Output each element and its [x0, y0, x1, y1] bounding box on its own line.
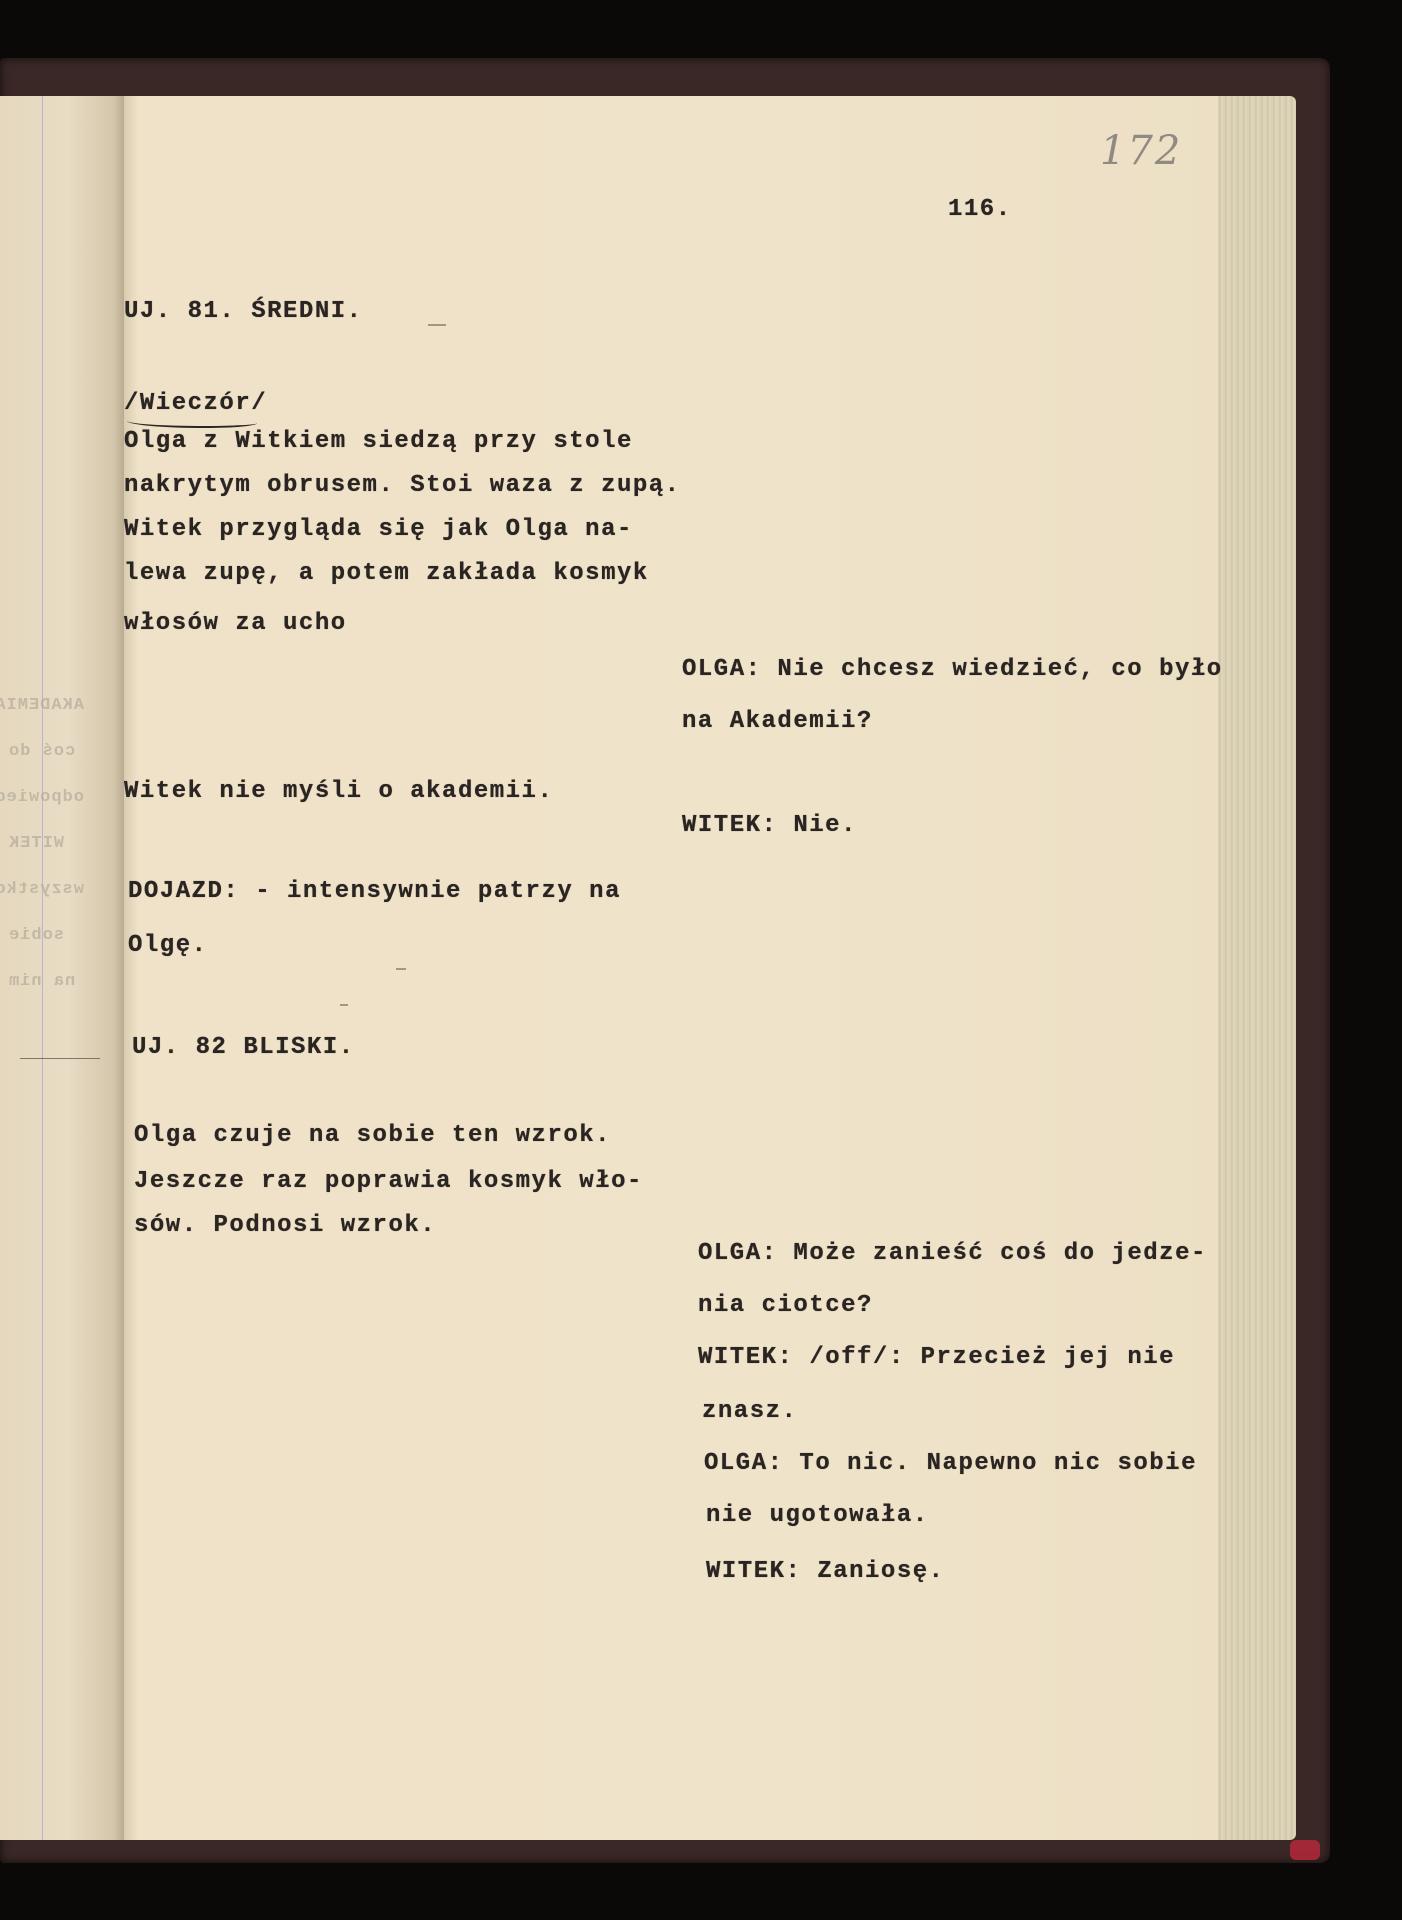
description-line: Jeszcze raz poprawia kosmyk wło-: [134, 1168, 643, 1195]
dialogue-line: znasz.: [702, 1398, 797, 1425]
dialogue-line: OLGA: Nie chcesz wiedzieć, co było: [682, 656, 1223, 683]
dialogue-line: OLGA: Może zanieść coś do jedze-: [698, 1240, 1207, 1267]
page-edges: [1218, 96, 1296, 1840]
bleed-through-text: sobie: [8, 926, 84, 945]
stray-mark: [396, 968, 406, 970]
stray-mark: [20, 1058, 100, 1059]
dialogue-line: WITEK: /off/: Przecież jej nie: [698, 1344, 1175, 1371]
bleed-through-text: odpowiedz: [8, 788, 84, 807]
cover-corner-wear: [1290, 1840, 1320, 1860]
bleed-through-text: AKADEMIA: [8, 696, 84, 715]
action-line: Witek nie myśli o akademii.: [124, 778, 553, 805]
bleed-through-text: na nim: [8, 972, 84, 991]
dialogue-line: WITEK: Zaniosę.: [706, 1558, 945, 1585]
time-of-day: /Wieczór/: [124, 390, 267, 417]
bleed-through-text: wszystko: [8, 880, 84, 899]
camera-move-line: Olgę.: [128, 932, 208, 959]
shot-heading: UJ. 82 BLISKI.: [132, 1034, 355, 1061]
description-line: Witek przygląda się jak Olga na-: [124, 516, 633, 543]
description-line: włosów za ucho: [124, 610, 347, 637]
bleed-through-text: coś do: [8, 742, 84, 761]
dialogue-line: na Akademii?: [682, 708, 873, 735]
camera-move-line: DOJAZD: - intensywnie patrzy na: [128, 878, 621, 905]
description-line: sów. Podnosi wzrok.: [134, 1212, 436, 1239]
stray-mark: [340, 1004, 348, 1006]
dialogue-line: WITEK: Nie.: [682, 812, 857, 839]
right-page: [124, 96, 1240, 1840]
description-line: Olga z Witkiem siedzą przy stole: [124, 428, 633, 455]
shot-heading: UJ. 81. ŚREDNI.: [124, 298, 363, 325]
dialogue-line: nie ugotowała.: [706, 1502, 929, 1529]
description-line: nakrytym obrusem. Stoi waza z zupą.: [124, 472, 681, 499]
dialogue-line: nia ciotce?: [698, 1292, 873, 1319]
left-page: AKADEMIA coś do odpowiedz WITEK wszystko…: [0, 96, 124, 1840]
dialogue-line: OLGA: To nic. Napewno nic sobie: [704, 1450, 1197, 1477]
stray-mark: [428, 324, 446, 326]
margin-rule: [42, 96, 43, 1840]
description-line: lewa zupę, a potem zakłada kosmyk: [124, 560, 649, 587]
archive-page-number: 172: [1100, 128, 1182, 174]
bleed-through-text: WITEK: [8, 834, 84, 853]
typed-page-number: 116.: [948, 196, 1012, 223]
description-line: Olga czuje na sobie ten wzrok.: [134, 1122, 611, 1149]
